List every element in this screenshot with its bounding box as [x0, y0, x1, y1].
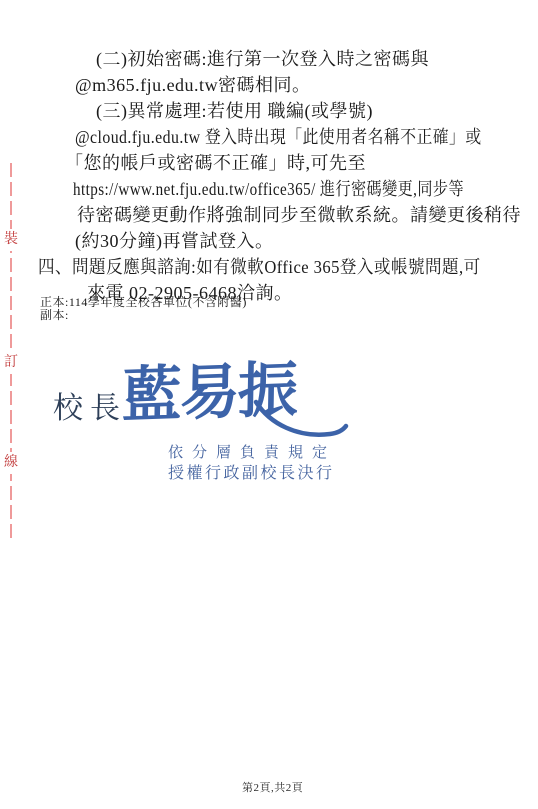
body-line: @m365.fju.edu.tw密碼相同。: [75, 73, 311, 97]
signature-flourish-stroke: [250, 398, 350, 446]
body-line: 待密碼變更動作將強制同步至微軟系統。請變更後稍待: [77, 203, 521, 227]
body-line: 「您的帳戶或密碼不正確」時,可先至: [65, 151, 366, 175]
binding-label-char: 線: [2, 452, 20, 474]
binding-label-char: 裝: [2, 229, 20, 251]
body-line: @cloud.fju.edu.tw 登入時出現「此使用者名稱不正確」或: [75, 125, 482, 149]
binding-label-char: 訂: [2, 352, 20, 374]
delegation-stamp-line-1: 依分層負責規定: [168, 441, 336, 462]
signer-title: 校長: [53, 383, 127, 427]
body-line: (約30分鐘)再嘗試登入。: [75, 229, 274, 253]
delegation-stamp-line-2: 授權行政副校長決行: [168, 460, 335, 483]
body-line: (三)異常處理:若使用 職編(或學號): [96, 99, 373, 123]
distribution-copy: 副本:: [40, 309, 69, 322]
distribution-original: 正本:114學年度全校各單位(不含附醫): [40, 296, 247, 309]
document-page: 裝 訂 線 (二)初始密碼:進行第一次登入時之密碼與 @m365.fju.edu…: [0, 0, 538, 809]
body-line: 四、問題反應與諮詢:如有微軟Office 365登入或帳號問題,可: [38, 255, 481, 279]
page-number: 第2頁,共2頁: [242, 779, 303, 795]
body-line: https://www.net.fju.edu.tw/office365/ 進行…: [73, 177, 464, 201]
body-line: (二)初始密碼:進行第一次登入時之密碼與: [96, 47, 429, 71]
